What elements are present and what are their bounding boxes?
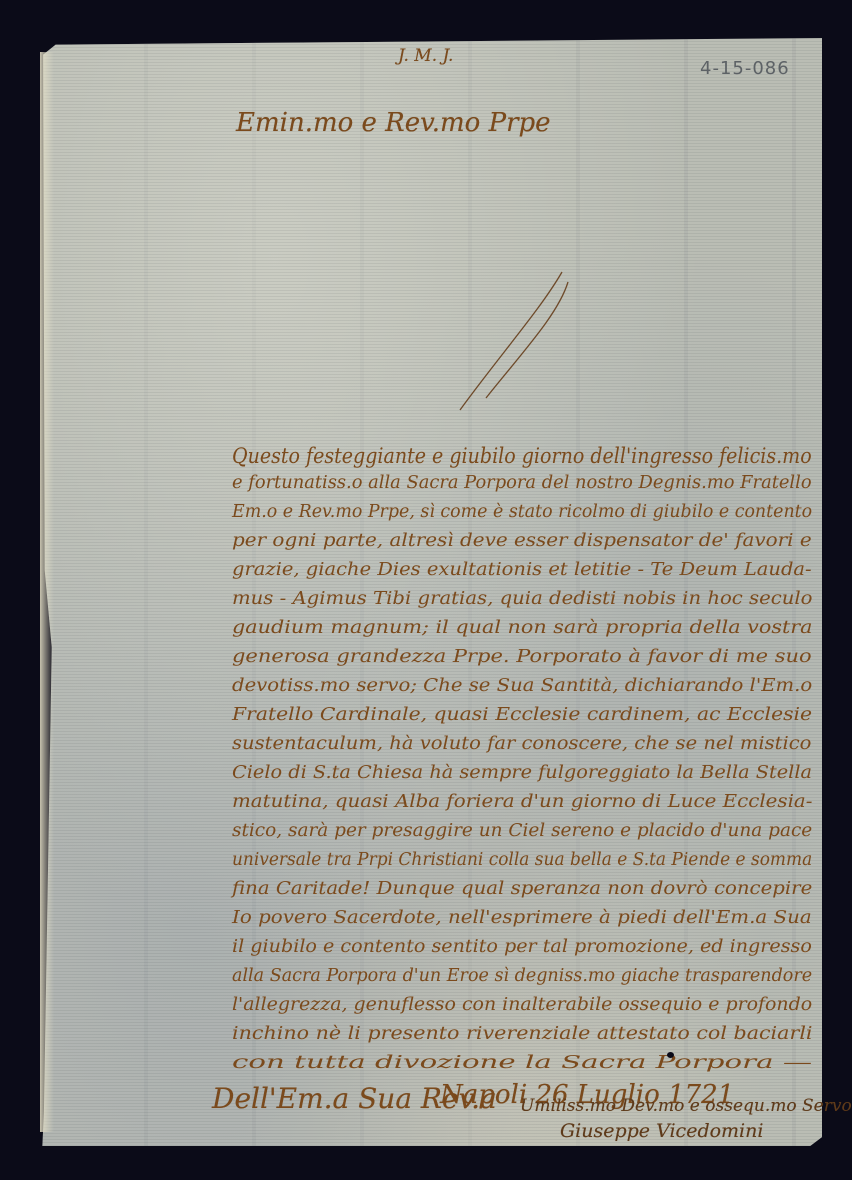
body-line: l'allegrezza, genuflesso con inalterabil… (232, 995, 812, 1015)
paper-left-edge (40, 52, 54, 1132)
body-line: Em.o e Rev.mo Prpe, sì come è stato rico… (232, 502, 812, 522)
body-line: Io povero Sacerdote, nell'esprimere à pi… (232, 908, 812, 928)
salutation: Emin.mo e Rev.mo Prpe (236, 108, 551, 138)
paper-hole (667, 1052, 674, 1058)
body-line: per ogni parte, altresì deve esser dispe… (232, 531, 812, 551)
body-line: stico, sarà per presaggire un Ciel seren… (232, 821, 812, 841)
body-line: universale tra Prpi Christiani colla sua… (232, 850, 812, 870)
body-line: fina Caritade! Dunque qual speranza non … (232, 879, 812, 899)
body-line: Questo festeggiante e giubilo giorno del… (232, 444, 812, 468)
body-line: grazie, giache Dies exultationis et leti… (232, 560, 812, 580)
body-line: inchino nè li presento riverenziale atte… (232, 1024, 813, 1044)
body-line: con tutta divozione la Sacra Porpora — (232, 1053, 812, 1073)
body-line: alla Sacra Porpora d'un Eroe sì degniss.… (232, 966, 812, 986)
body-line: matutina, quasi Alba foriera d'un giorno… (232, 792, 812, 812)
body-line: gaudium magnum; il qual non sarà propria… (232, 618, 813, 638)
body-line: sustentaculum, hà voluto far conoscere, … (232, 734, 811, 754)
body-line: mus - Agimus Tibi gratias, quia dedisti … (232, 589, 812, 609)
archive-number: 4-15-086 (700, 58, 790, 79)
body-line: devotiss.mo servo; Che se Sua Santità, d… (232, 676, 812, 696)
body-line: il giubilo e contento sentito per tal pr… (232, 937, 812, 957)
subscription-line: Umiliss.mo Dev.mo e ossequ.mo Servo (520, 1096, 852, 1116)
body-line: Fratello Cardinale, quasi Ecclesie cardi… (232, 705, 812, 725)
body-line: Cielo di S.ta Chiesa hà sempre fulgoregg… (232, 763, 812, 783)
body-line: generosa grandezza Prpe. Porporato à fav… (232, 647, 812, 667)
header-monogram: J. M. J. (398, 46, 453, 66)
signature: Giuseppe Vicedomini (560, 1120, 763, 1142)
diagonal-strike-marks (440, 260, 600, 430)
body-line: e fortunatiss.o alla Sacra Porpora del n… (232, 473, 812, 493)
